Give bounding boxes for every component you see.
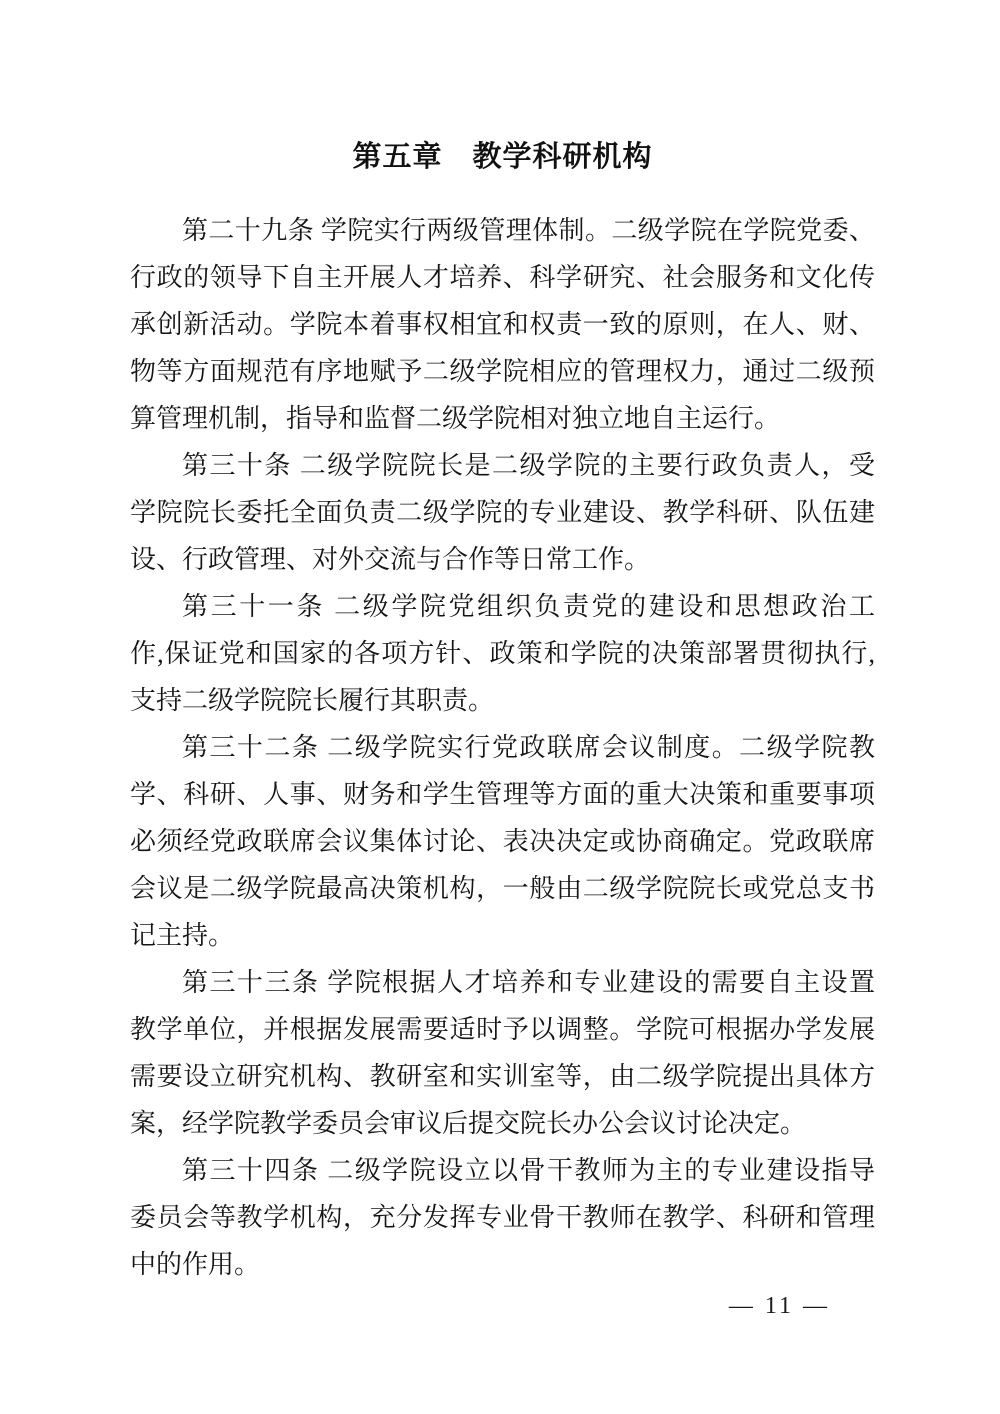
text-line: 案，经学院教学委员会审议后提交院长办公会议讨论决定。 [130, 1100, 875, 1147]
text-line: 记主持。 [130, 912, 875, 959]
text-line: 第三十一条 二级学院党组织负责党的建设和思想政治工 [130, 583, 875, 630]
text-line: 委员会等教学机构，充分发挥专业骨干教师在教学、科研和管理 [130, 1194, 875, 1241]
text-line: 算管理机制，指导和监督二级学院相对独立地自主运行。 [130, 395, 875, 442]
text-line: 第三十三条 学院根据人才培养和专业建设的需要自主设置 [130, 959, 875, 1006]
article-29-paragraph: 第二十九条 学院实行两级管理体制。二级学院在学院党委、 行政的领导下自主开展人才… [130, 207, 875, 442]
text-line: 行政的领导下自主开展人才培养、科学研究、社会服务和文化传 [130, 254, 875, 301]
text-line: 第三十条 二级学院院长是二级学院的主要行政负责人，受 [130, 442, 875, 489]
text-line: 第三十四条 二级学院设立以骨干教师为主的专业建设指导 [130, 1147, 875, 1194]
text-line: 承创新活动。学院本着事权相宜和权责一致的原则，在人、财、 [130, 301, 875, 348]
article-33-paragraph: 第三十三条 学院根据人才培养和专业建设的需要自主设置 教学单位，并根据发展需要适… [130, 959, 875, 1147]
text-line: 学院院长委托全面负责二级学院的专业建设、教学科研、队伍建 [130, 489, 875, 536]
text-line: 支持二级学院院长履行其职责。 [130, 677, 875, 724]
document-page: 第五章 教学科研机构 第二十九条 学院实行两级管理体制。二级学院在学院党委、 行… [0, 0, 1000, 1414]
text-line: 设、行政管理、对外交流与合作等日常工作。 [130, 536, 875, 583]
text-line: 第二十九条 学院实行两级管理体制。二级学院在学院党委、 [130, 207, 875, 254]
article-34-paragraph: 第三十四条 二级学院设立以骨干教师为主的专业建设指导 委员会等教学机构，充分发挥… [130, 1147, 875, 1288]
article-31-paragraph: 第三十一条 二级学院党组织负责党的建设和思想政治工 作,保证党和国家的各项方针、… [130, 583, 875, 724]
chapter-title: 第五章 教学科研机构 [130, 138, 875, 176]
article-30-paragraph: 第三十条 二级学院院长是二级学院的主要行政负责人，受 学院院长委托全面负责二级学… [130, 442, 875, 583]
page-number: — 11 — [729, 1291, 830, 1321]
text-line: 需要设立研究机构、教研室和实训室等，由二级学院提出具体方 [130, 1053, 875, 1100]
text-line: 作,保证党和国家的各项方针、政策和学院的决策部署贯彻执行, [130, 630, 875, 677]
text-line: 教学单位，并根据发展需要适时予以调整。学院可根据办学发展 [130, 1006, 875, 1053]
text-line: 中的作用。 [130, 1241, 875, 1288]
text-line: 必须经党政联席会议集体讨论、表决决定或协商确定。党政联席 [130, 818, 875, 865]
text-line: 学、科研、人事、财务和学生管理等方面的重大决策和重要事项 [130, 771, 875, 818]
article-32-paragraph: 第三十二条 二级学院实行党政联席会议制度。二级学院教 学、科研、人事、财务和学生… [130, 724, 875, 959]
document-body: 第二十九条 学院实行两级管理体制。二级学院在学院党委、 行政的领导下自主开展人才… [130, 207, 875, 1288]
text-line: 会议是二级学院最高决策机构，一般由二级学院院长或党总支书 [130, 865, 875, 912]
text-line: 物等方面规范有序地赋予二级学院相应的管理权力，通过二级预 [130, 348, 875, 395]
text-line: 第三十二条 二级学院实行党政联席会议制度。二级学院教 [130, 724, 875, 771]
